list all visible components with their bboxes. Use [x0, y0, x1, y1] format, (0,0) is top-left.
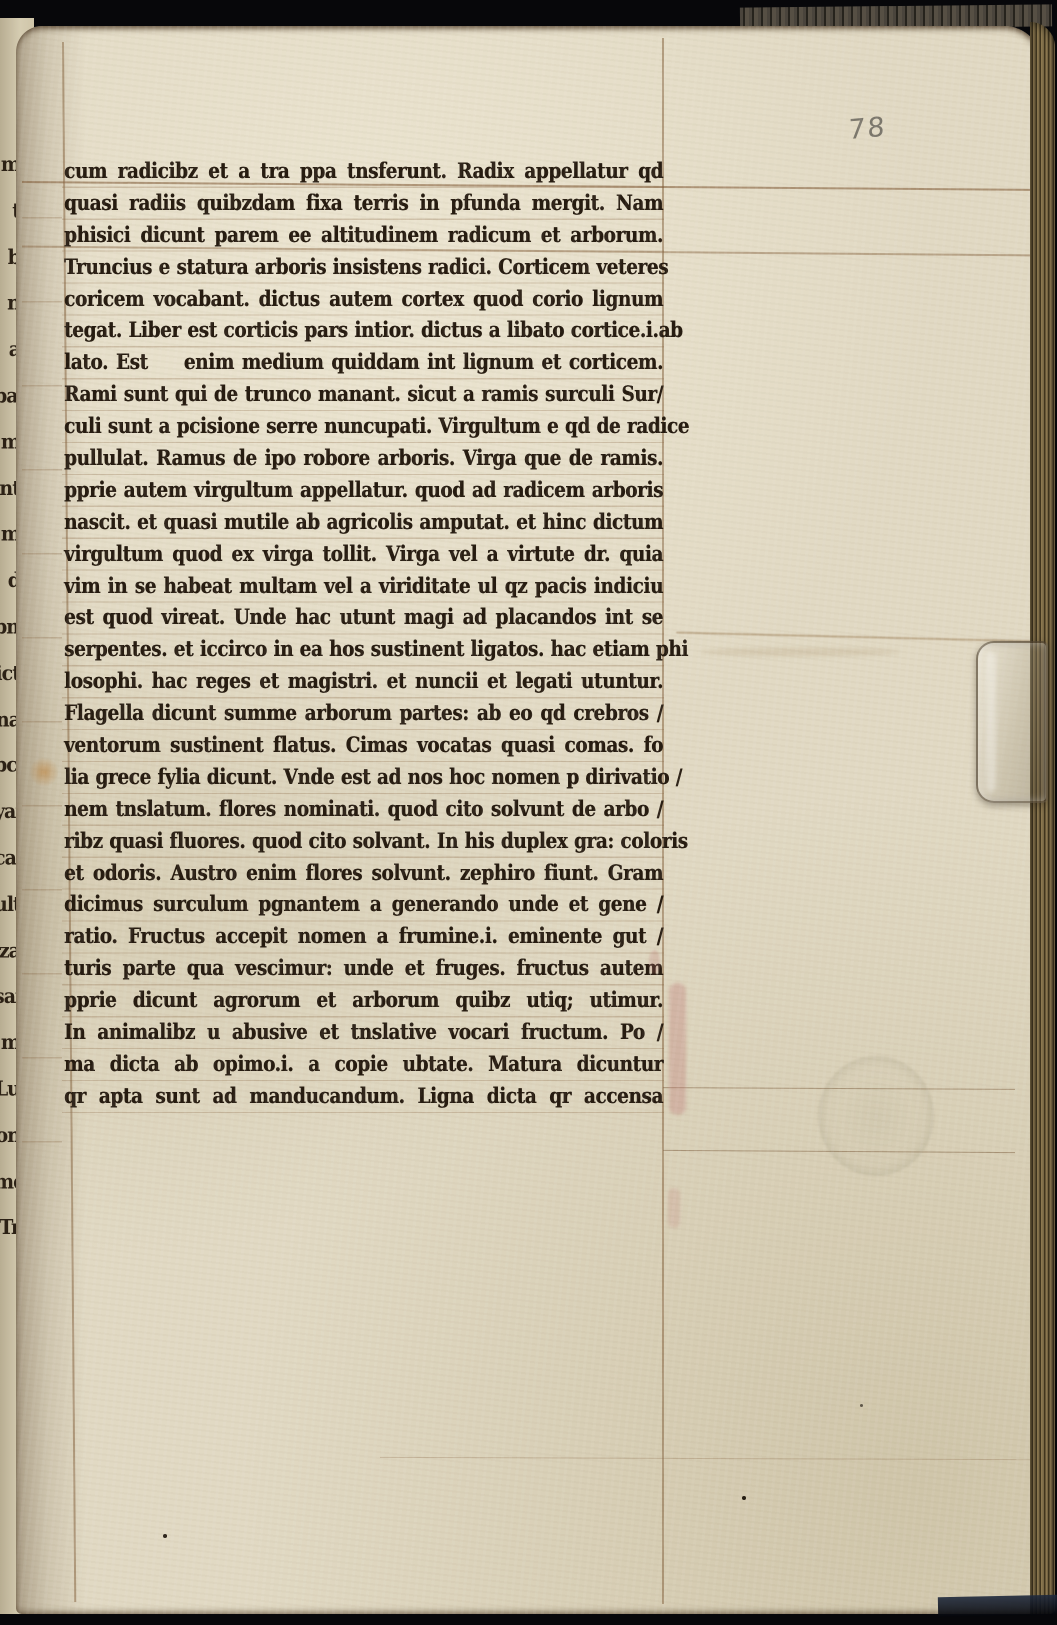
crease-shadow: [700, 648, 900, 656]
manuscript-photo: m t b n a bat m nt m d bm ict na bct yat…: [0, 0, 1057, 1625]
ink-speck: [860, 1404, 863, 1407]
red-ink-offset-stain-small: [649, 950, 660, 974]
text-block: cum radicibz et a tra ppa tnsferunt. Rad…: [64, 156, 663, 1116]
folio-number-pencil: 78: [848, 109, 919, 161]
left-margin-ruling-ticks: [22, 217, 62, 1157]
red-ink-offset-stain-lower: [668, 1188, 680, 1228]
clip-highlight: [986, 652, 996, 792]
red-ink-offset-stain: [669, 983, 686, 1115]
blind-stamp-ghost: [818, 1056, 934, 1176]
manuscript-line: qr apta sunt ad manducandum. Ligna dicta…: [64, 1078, 663, 1115]
ink-speck: [163, 1534, 167, 1538]
binding-edge-glint: [938, 1595, 1057, 1617]
ink-speck: [742, 1496, 746, 1500]
orange-stain: [30, 756, 58, 788]
fore-edge-page-stack: [1030, 22, 1055, 1614]
